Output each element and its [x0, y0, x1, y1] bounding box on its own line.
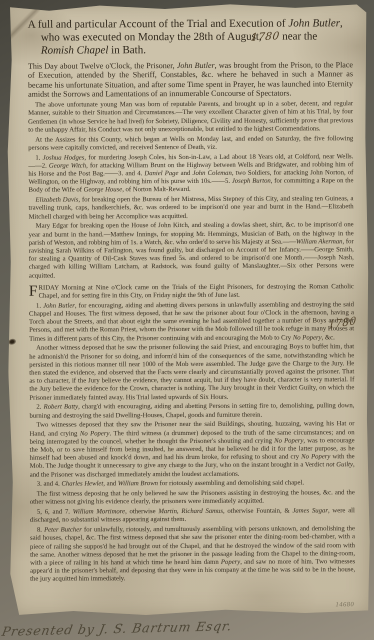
- text-segment: William Mortimore: [73, 508, 125, 515]
- text-segment: John Coleman: [192, 170, 231, 177]
- text-segment: , &c.: [322, 334, 335, 341]
- text-segment: , of Norton Malt-Reward.: [122, 186, 191, 193]
- printed-content: A full and particular Account of the Tri…: [6, 3, 371, 584]
- paragraph: 5, 6, and 7. William Mortimore, otherwis…: [30, 507, 355, 525]
- handwritten-presentation-inscription: Presented by J. S. Bartrum Esqr.: [1, 618, 234, 639]
- text-segment: Elizabeth Davis: [36, 197, 79, 204]
- document-body: This Day about Twelve o'Clock, the Priso…: [28, 60, 355, 584]
- paragraph: At the Assizes for this County, which be…: [28, 135, 353, 153]
- text-segment: No Popery: [274, 437, 303, 444]
- paragraph: The first witness deposing that he only …: [30, 489, 355, 507]
- paragraph: Elizabeth Davis, for breaking open the B…: [29, 195, 354, 221]
- dropcap-letter: F: [29, 284, 39, 298]
- text-segment: Charles Hewlet: [61, 481, 103, 488]
- paragraph: Two witnesses deposed that they saw the …: [29, 421, 354, 480]
- text-segment: William Brown: [118, 481, 158, 488]
- text-segment: , otherwise: [125, 508, 158, 515]
- text-segment: George Witch: [49, 162, 86, 169]
- paragraph: 1. Joshua Hodges, for murdering Joseph C…: [28, 153, 353, 195]
- handwritten-year-annotation: 1780: [263, 30, 280, 44]
- text-segment: Joshua Hodges: [43, 154, 85, 161]
- broadside-paper: A full and particular Account of the Tri…: [6, 3, 371, 617]
- text-segment: Another witness deposed that he saw the …: [29, 344, 354, 402]
- text-segment: This Day about Twelve o'Clock, the Priso…: [28, 61, 177, 71]
- text-segment: James Sugar: [292, 508, 328, 515]
- text-segment: not Guilty: [326, 462, 353, 469]
- chapel-name: Romish Chapel: [41, 45, 109, 57]
- text-segment: Peter Butcher: [44, 527, 82, 534]
- text-segment: Popery: [221, 559, 240, 566]
- title-text: in Bath.: [108, 45, 146, 57]
- text-segment: John Butler: [43, 302, 75, 309]
- text-segment: and: [178, 170, 192, 177]
- text-segment: RIDAY Morning at Nine o'Clock came on th…: [39, 283, 354, 300]
- paragraph: The above unfortunate young Man was born…: [28, 100, 353, 134]
- text-segment: Joseph Burton: [232, 178, 271, 185]
- paragraph: This Day about Twelve o'Clock, the Priso…: [28, 60, 353, 99]
- defendant-name: John Butler: [288, 17, 340, 29]
- text-segment: Richard Samus: [181, 508, 223, 515]
- text-segment: 5, 6, and 7.: [37, 509, 73, 516]
- text-segment: , charg'd with encouraging, aiding and a…: [29, 403, 354, 420]
- text-segment: , and: [103, 481, 118, 488]
- text-segment: No Popery: [301, 454, 330, 461]
- text-segment: The above unfortunate young Man was born…: [28, 100, 353, 133]
- paragraph: Mary Edgar for breaking open the House o…: [29, 222, 354, 281]
- text-segment: George House: [84, 187, 123, 194]
- paragraph: Another witness deposed that he saw the …: [29, 344, 354, 403]
- paragraph: FRIDAY Morning at Nine o'Clock came on t…: [29, 283, 354, 301]
- text-segment: John Butler: [177, 60, 215, 69]
- photograph-of-broadside: A full and particular Account of the Tri…: [0, 0, 374, 640]
- paragraph: 3. and 4. Charles Hewlet, and William Br…: [30, 480, 355, 490]
- text-segment: The first witness deposing that he only …: [30, 489, 355, 506]
- paragraph: 1. John Butler, for encouraging, aiding …: [29, 301, 354, 343]
- text-segment: Robert Batty: [44, 404, 79, 411]
- text-segment: 3. and 4.: [37, 481, 62, 488]
- paragraph: 2. Robert Batty, charg'd with encouragin…: [29, 403, 354, 421]
- text-segment: At the Assizes for this County, which be…: [28, 135, 353, 152]
- text-segment: Daniel Page: [144, 170, 178, 177]
- text-segment: for riotously assembling and demolishing…: [158, 480, 304, 488]
- text-segment: , otherwise Fountain, &: [223, 508, 293, 515]
- document-title: A full and particular Account of the Tri…: [28, 17, 353, 58]
- paragraph: 8. Peter Butcher for unlawfully, riotous…: [30, 525, 355, 584]
- title-text: A full and particular Account of the Tri…: [28, 18, 289, 31]
- text-segment: Martin: [158, 508, 177, 515]
- text-segment: William Akerman: [296, 238, 343, 245]
- text-segment: No Popery: [80, 430, 110, 437]
- pencil-catalog-number: 14680: [336, 601, 355, 608]
- title-text: near the: [279, 31, 317, 43]
- text-segment: No Popery: [293, 334, 322, 341]
